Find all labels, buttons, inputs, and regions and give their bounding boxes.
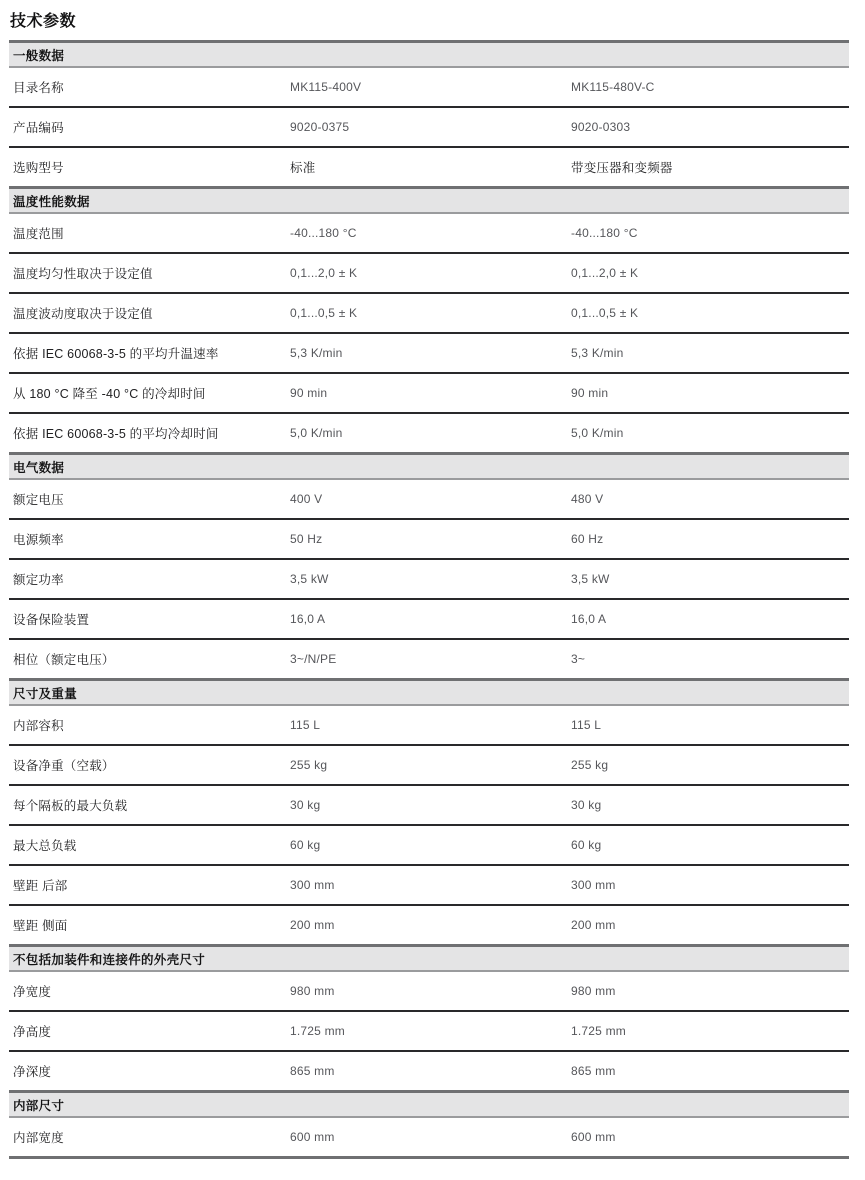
spec-label: 净深度: [9, 1062, 290, 1080]
spec-label: 每个隔板的最大负载: [9, 796, 290, 814]
section-header-temperature-data: 温度性能数据: [9, 186, 849, 214]
spec-value-col1: 16,0 A: [290, 612, 571, 626]
table-row: 净深度 865 mm 865 mm: [9, 1052, 849, 1090]
table-row: 温度范围 -40...180 °C -40...180 °C: [9, 214, 849, 254]
spec-value-col2: 0,1...0,5 ± K: [571, 306, 849, 320]
spec-value-col2: 0,1...2,0 ± K: [571, 266, 849, 280]
spec-value-col2: 5,3 K/min: [571, 346, 849, 360]
table-row: 净宽度 980 mm 980 mm: [9, 972, 849, 1012]
table-row: 内部容积 115 L 115 L: [9, 706, 849, 746]
spec-label: 内部容积: [9, 716, 290, 734]
spec-label: 温度范围: [9, 224, 290, 242]
spec-table: 一般数据 目录名称 MK115-400V MK115-480V-C 产品编码 9…: [9, 40, 849, 1159]
spec-label: 相位（额定电压）: [9, 650, 290, 668]
spec-value-col1: 400 V: [290, 492, 571, 506]
spec-value-col2: 255 kg: [571, 758, 849, 772]
spec-label: 温度均匀性取决于设定值: [9, 264, 290, 282]
spec-label: 额定电压: [9, 490, 290, 508]
section-header-dimensions-weight: 尺寸及重量: [9, 678, 849, 706]
table-row: 依据 IEC 60068-3-5 的平均升温速率 5,3 K/min 5,3 K…: [9, 334, 849, 374]
table-row: 额定电压 400 V 480 V: [9, 480, 849, 520]
table-row: 温度波动度取决于设定值 0,1...0,5 ± K 0,1...0,5 ± K: [9, 294, 849, 334]
spec-value-col1: 200 mm: [290, 918, 571, 932]
spec-label: 净宽度: [9, 982, 290, 1000]
spec-value-col1: 9020-0375: [290, 120, 571, 134]
spec-value-col2: 600 mm: [571, 1130, 849, 1144]
spec-value-col2: 200 mm: [571, 918, 849, 932]
spec-label: 产品编码: [9, 118, 290, 136]
spec-value-col2: 5,0 K/min: [571, 426, 849, 440]
spec-value-col1: 865 mm: [290, 1064, 571, 1078]
table-row: 温度均匀性取决于设定值 0,1...2,0 ± K 0,1...2,0 ± K: [9, 254, 849, 294]
page-title: 技术参数: [10, 8, 849, 31]
spec-label: 温度波动度取决于设定值: [9, 304, 290, 322]
spec-label: 依据 IEC 60068-3-5 的平均冷却时间: [9, 424, 290, 442]
spec-value-col1: 980 mm: [290, 984, 571, 998]
spec-value-col2: 9020-0303: [571, 120, 849, 134]
table-row: 相位（额定电压） 3~/N/PE 3~: [9, 640, 849, 678]
spec-value-col1: 5,3 K/min: [290, 346, 571, 360]
table-row: 额定功率 3,5 kW 3,5 kW: [9, 560, 849, 600]
table-row: 内部宽度 600 mm 600 mm: [9, 1118, 849, 1156]
table-bottom-border: [9, 1156, 849, 1159]
table-row: 目录名称 MK115-400V MK115-480V-C: [9, 68, 849, 108]
spec-label: 目录名称: [9, 78, 290, 96]
spec-value-col2: 480 V: [571, 492, 849, 506]
spec-value-col1: 5,0 K/min: [290, 426, 571, 440]
section-title: 内部尺寸: [13, 1096, 64, 1114]
section-header-electrical-data: 电气数据: [9, 452, 849, 480]
spec-value-col2: 115 L: [571, 718, 849, 732]
table-row: 电源频率 50 Hz 60 Hz: [9, 520, 849, 560]
spec-label: 从 180 °C 降至 -40 °C 的冷却时间: [9, 384, 290, 402]
spec-value-col2: 865 mm: [571, 1064, 849, 1078]
spec-label: 设备保险装置: [9, 610, 290, 628]
spec-value-col1: 1.725 mm: [290, 1024, 571, 1038]
spec-label: 内部宽度: [9, 1128, 290, 1146]
table-row: 净高度 1.725 mm 1.725 mm: [9, 1012, 849, 1052]
section-title: 温度性能数据: [13, 192, 90, 210]
table-row: 产品编码 9020-0375 9020-0303: [9, 108, 849, 148]
spec-value-col2: MK115-480V-C: [571, 80, 849, 94]
table-row: 每个隔板的最大负载 30 kg 30 kg: [9, 786, 849, 826]
spec-label: 额定功率: [9, 570, 290, 588]
spec-value-col1: 255 kg: [290, 758, 571, 772]
spec-value-col2: 60 Hz: [571, 532, 849, 546]
spec-value-col1: 0,1...0,5 ± K: [290, 306, 571, 320]
spec-value-col2: 带变压器和变频器: [571, 158, 849, 176]
spec-value-col2: 60 kg: [571, 838, 849, 852]
section-header-internal-dimensions: 内部尺寸: [9, 1090, 849, 1118]
table-row: 设备保险装置 16,0 A 16,0 A: [9, 600, 849, 640]
section-header-general-data: 一般数据: [9, 40, 849, 68]
spec-value-col2: 300 mm: [571, 878, 849, 892]
spec-value-col1: 30 kg: [290, 798, 571, 812]
spec-value-col1: 3~/N/PE: [290, 652, 571, 666]
spec-value-col1: 3,5 kW: [290, 572, 571, 586]
spec-sheet-page: 技术参数 一般数据 目录名称 MK115-400V MK115-480V-C 产…: [9, 0, 849, 1159]
table-row: 选购型号 标准 带变压器和变频器: [9, 148, 849, 186]
section-header-housing-dimensions: 不包括加装件和连接件的外壳尺寸: [9, 944, 849, 972]
table-row: 壁距 侧面 200 mm 200 mm: [9, 906, 849, 944]
spec-label: 选购型号: [9, 158, 290, 176]
spec-value-col2: 980 mm: [571, 984, 849, 998]
spec-value-col2: 16,0 A: [571, 612, 849, 626]
table-row: 从 180 °C 降至 -40 °C 的冷却时间 90 min 90 min: [9, 374, 849, 414]
spec-value-col2: 1.725 mm: [571, 1024, 849, 1038]
spec-label: 壁距 后部: [9, 876, 290, 894]
section-title: 不包括加装件和连接件的外壳尺寸: [13, 950, 205, 968]
spec-value-col1: 90 min: [290, 386, 571, 400]
spec-value-col1: 标准: [290, 158, 571, 176]
spec-label: 电源频率: [9, 530, 290, 548]
spec-value-col1: 300 mm: [290, 878, 571, 892]
table-row: 最大总负载 60 kg 60 kg: [9, 826, 849, 866]
spec-value-col1: 600 mm: [290, 1130, 571, 1144]
spec-label: 壁距 侧面: [9, 916, 290, 934]
spec-value-col2: 3,5 kW: [571, 572, 849, 586]
spec-value-col1: 50 Hz: [290, 532, 571, 546]
spec-label: 设备净重（空载）: [9, 756, 290, 774]
spec-value-col1: -40...180 °C: [290, 226, 571, 240]
spec-value-col1: 0,1...2,0 ± K: [290, 266, 571, 280]
spec-value-col2: -40...180 °C: [571, 226, 849, 240]
section-title: 尺寸及重量: [13, 684, 77, 702]
table-row: 壁距 后部 300 mm 300 mm: [9, 866, 849, 906]
spec-label: 净高度: [9, 1022, 290, 1040]
spec-label: 最大总负载: [9, 836, 290, 854]
spec-value-col1: 115 L: [290, 718, 571, 732]
spec-value-col1: MK115-400V: [290, 80, 571, 94]
section-title: 一般数据: [13, 46, 64, 64]
spec-value-col2: 30 kg: [571, 798, 849, 812]
table-row: 依据 IEC 60068-3-5 的平均冷却时间 5,0 K/min 5,0 K…: [9, 414, 849, 452]
table-row: 设备净重（空载） 255 kg 255 kg: [9, 746, 849, 786]
spec-value-col2: 90 min: [571, 386, 849, 400]
section-title: 电气数据: [13, 458, 64, 476]
spec-label: 依据 IEC 60068-3-5 的平均升温速率: [9, 344, 290, 362]
spec-value-col1: 60 kg: [290, 838, 571, 852]
spec-value-col2: 3~: [571, 652, 849, 666]
